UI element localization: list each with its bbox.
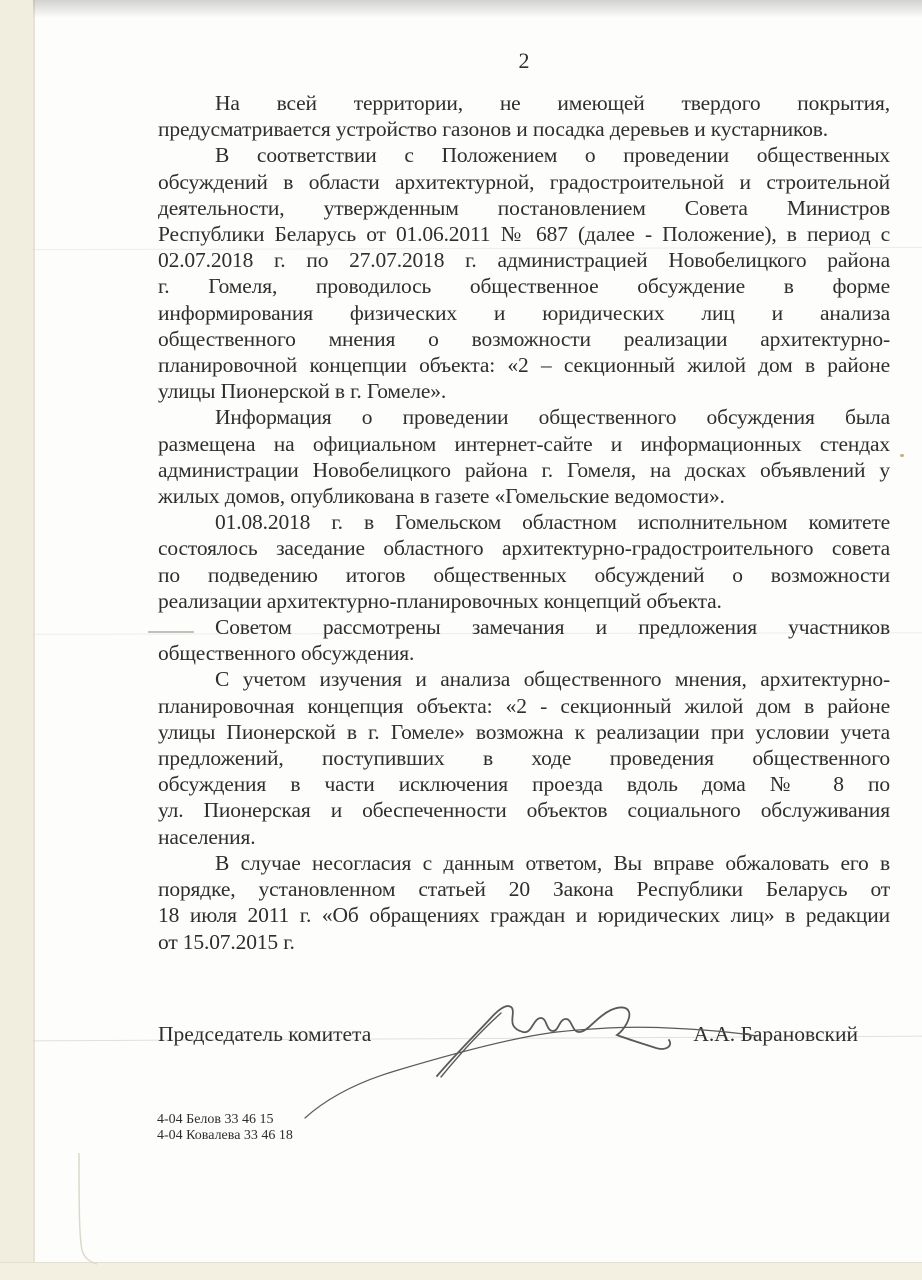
text-line: деятельности, утвержденным постановление…: [158, 195, 890, 221]
text-line: планировочная концепция объекта: «2 - се…: [158, 693, 890, 719]
paragraph: Информация о проведении общественного об…: [158, 404, 890, 509]
scanner-bottom-strip: [0, 1262, 922, 1280]
text-line: г. Гомеля, проводилось общественное обсу…: [158, 273, 890, 299]
footer-note-line: 4-04 Ковалева 33 46 18: [157, 1128, 293, 1144]
text-line: обсуждения в части исключения проезда вд…: [158, 771, 890, 797]
text-line: Информация о проведении общественного об…: [158, 404, 890, 430]
text-line: размещена на официальном интернет-сайте …: [158, 431, 890, 457]
paragraph: С учетом изучения и анализа общественног…: [158, 666, 890, 849]
text-line: 18 июля 2011 г. «Об обращениях граждан и…: [158, 902, 890, 928]
text-line: предложений, поступивших в ходе проведен…: [158, 745, 890, 771]
text-line: С учетом изучения и анализа общественног…: [158, 666, 890, 692]
text-line: На всей территории, не имеющей твердого …: [158, 90, 890, 116]
text-line: населения.: [158, 824, 890, 850]
text-line: Советом рассмотрены замечания и предложе…: [158, 614, 890, 640]
footer-note-line: 4-04 Белов 33 46 15: [157, 1112, 293, 1128]
text-line: В соответствии с Положением о проведении…: [158, 142, 890, 168]
footer-notes: 4-04 Белов 33 46 154-04 Ковалева 33 46 1…: [157, 1112, 293, 1144]
text-line: планировочной концепции объекта: «2 – се…: [158, 352, 890, 378]
scanned-document-page: 2 На всей территории, не имеющей твердог…: [0, 0, 922, 1280]
page-number: 2: [158, 48, 890, 74]
text-line: порядке, установленном статьей 20 Закона…: [158, 876, 890, 902]
text-line: администрации Новобелицкого района г. Го…: [158, 457, 890, 483]
signer-position-title: Председатель комитета: [158, 1022, 371, 1047]
text-line: по подведению итогов общественных обсужд…: [158, 562, 890, 588]
text-line: улицы Пионерской в г. Гомеле» возможна к…: [158, 719, 890, 745]
text-line: реализации архитектурно-планировочных ко…: [158, 588, 890, 614]
text-line: жилых домов, опубликована в газете «Гоме…: [158, 483, 890, 509]
text-line: информирования физических и юридических …: [158, 300, 890, 326]
signature-row: Председатель комитета А.А. Барановский: [158, 1022, 888, 1047]
scan-top-shadow: [33, 0, 922, 18]
text-line: предусматривается устройство газонов и п…: [158, 116, 890, 142]
text-line: В случае несогласия с данным ответом, Вы…: [158, 850, 890, 876]
text-line: Республики Беларусь от 01.06.2011 № 687 …: [158, 221, 890, 247]
paragraph: В случае несогласия с данным ответом, Вы…: [158, 850, 890, 955]
text-line: состоялось заседание областного архитект…: [158, 535, 890, 561]
paragraph: 01.08.2018 г. в Гомельском областном исп…: [158, 509, 890, 614]
paragraph: На всей территории, не имеющей твердого …: [158, 90, 890, 142]
body-text: На всей территории, не имеющей твердого …: [158, 90, 890, 955]
text-line: 01.08.2018 г. в Гомельском областном исп…: [158, 509, 890, 535]
text-line: от 15.07.2015 г.: [158, 929, 890, 955]
paragraph: В соответствии с Положением о проведении…: [158, 142, 890, 404]
paper-left-edge: [33, 0, 35, 1262]
paragraph: Советом рассмотрены замечания и предложе…: [158, 614, 890, 666]
text-line: обсуждений в области архитектурной, град…: [158, 169, 890, 195]
signer-name: А.А. Барановский: [693, 1022, 888, 1047]
text-line: улицы Пионерской в г. Гомеле».: [158, 378, 890, 404]
text-line: ул. Пионерская и обеспеченности объектов…: [158, 797, 890, 823]
text-line: 02.07.2018 г. по 27.07.2018 г. администр…: [158, 247, 890, 273]
text-line: общественного обсуждения.: [158, 640, 890, 666]
text-line: общественного мнения о возможности реали…: [158, 326, 890, 352]
scan-speck: [900, 454, 904, 457]
